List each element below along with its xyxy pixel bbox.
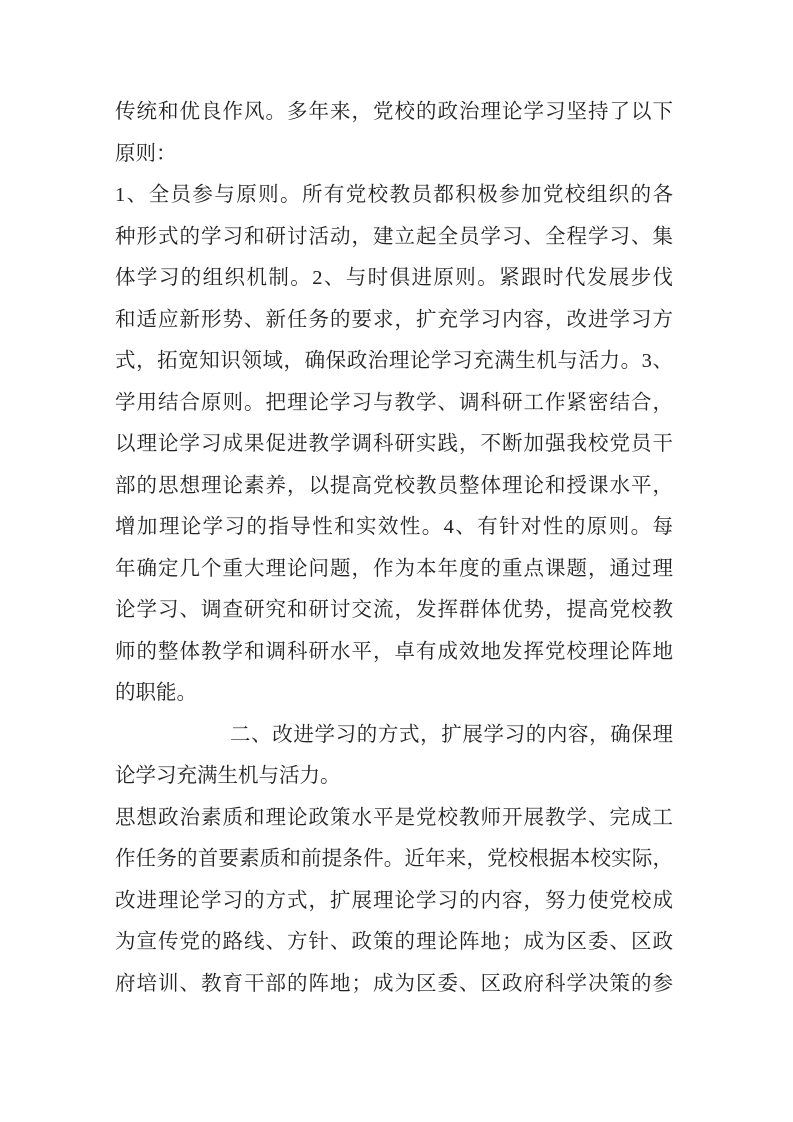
text-line: 改进理论学习的方式，扩展理论学习的内容，努力使党校成 — [115, 881, 673, 923]
text-line: 论学习、调查研究和研讨交流，发挥群体优势，提高党校教 — [115, 590, 673, 632]
text-line: 学用结合原则。把理论学习与教学、调科研工作紧密结合， — [115, 383, 673, 425]
text-line: 种形式的学习和研讨活动，建立起全员学习、全程学习、集 — [115, 217, 673, 259]
text-line: 以理论学习成果促进教学调科研实践，不断加强我校党员干 — [115, 424, 673, 466]
text-line: 的职能。 — [115, 673, 673, 715]
text-block: 传统和优良作风。多年来，党校的政治理论学习坚持了以下原则：1、全员参与原则。所有… — [115, 92, 673, 1005]
text-line: 为宣传党的路线、方针、政策的理论阵地；成为区委、区政 — [115, 922, 673, 964]
text-line: 思想政治素质和理论政策水平是党校教师开展教学、完成工 — [115, 798, 673, 840]
text-line: 增加理论学习的指导性和实效性。4、有针对性的原则。每 — [115, 507, 673, 549]
text-line: 部的思想理论素养，以提高党校教员整体理论和授课水平， — [115, 466, 673, 508]
text-line: 年确定几个重大理论问题，作为本年度的重点课题，通过理 — [115, 549, 673, 591]
text-line: 二、改进学习的方式，扩展学习的内容，确保理 — [115, 715, 673, 757]
text-line: 体学习的组织机制。2、与时俱进原则。紧跟时代发展步伐 — [115, 258, 673, 300]
text-line: 论学习充满生机与活力。 — [115, 756, 673, 798]
text-line: 师的整体教学和调科研水平，卓有成效地发挥党校理论阵地 — [115, 632, 673, 674]
text-line: 原则： — [115, 134, 673, 176]
document-page: 传统和优良作风。多年来，党校的政治理论学习坚持了以下原则：1、全员参与原则。所有… — [0, 0, 793, 1122]
text-line: 和适应新形势、新任务的要求，扩充学习内容，改进学习方 — [115, 300, 673, 342]
text-line: 传统和优良作风。多年来，党校的政治理论学习坚持了以下 — [115, 92, 673, 134]
text-line: 式，拓宽知识领域，确保政治理论学习充满生机与活力。3、 — [115, 341, 673, 383]
text-line: 府培训、教育干部的阵地；成为区委、区政府科学决策的参 — [115, 964, 673, 1006]
text-line: 1、全员参与原则。所有党校教员都积极参加党校组织的各 — [115, 175, 673, 217]
text-line: 作任务的首要素质和前提条件。近年来，党校根据本校实际， — [115, 839, 673, 881]
